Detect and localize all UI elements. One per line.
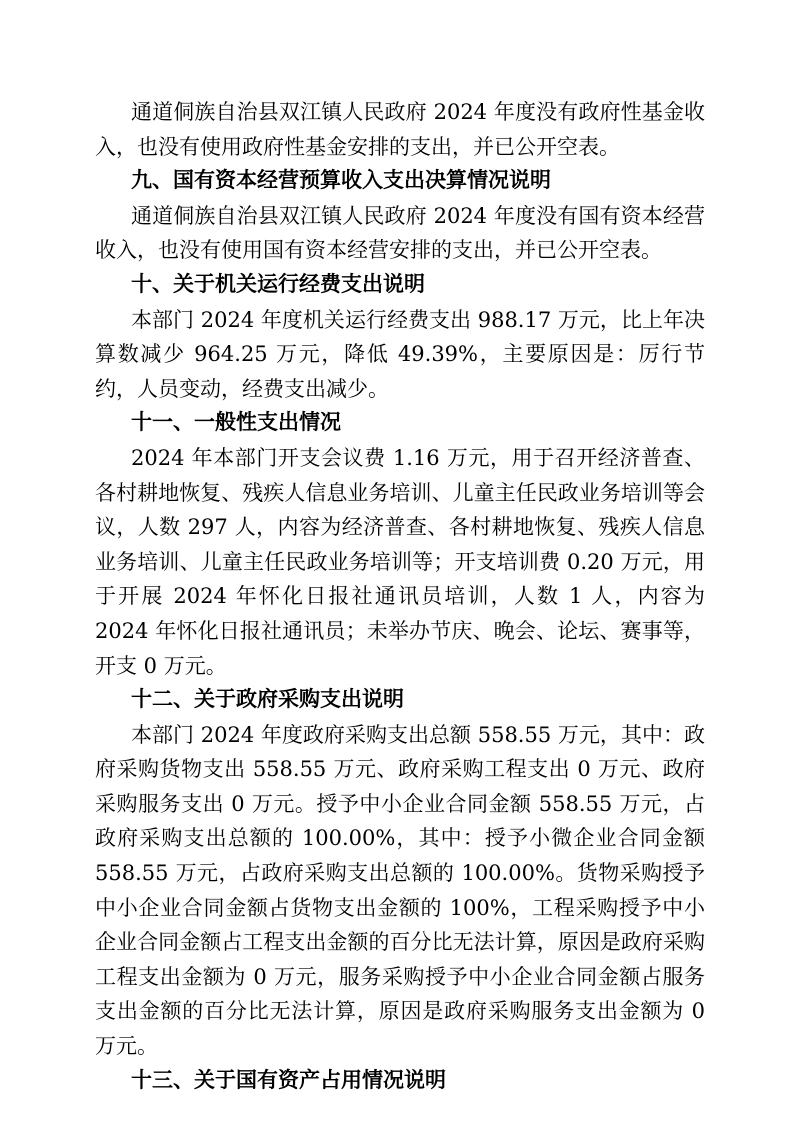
paragraph-gov-fund-budget: 通道侗族自治县双江镇人民政府 2024 年度没有政府性基金收入，也没有使用政府性… — [95, 95, 705, 164]
section-heading-11-general-expenditure: 十一、一般性支出情况 — [95, 406, 705, 441]
paragraph-state-capital: 通道侗族自治县双江镇人民政府 2024 年度没有国有资本经营收入，也没有使用国有… — [95, 199, 705, 268]
paragraph-operating-expense: 本部门 2024 年度机关运行经费支出 988.17 万元，比上年决算数减少 9… — [95, 303, 705, 407]
paragraph-procurement: 本部门 2024 年度政府采购支出总额 558.55 万元，其中：政府采购货物支… — [95, 718, 705, 1064]
document-page: 通道侗族自治县双江镇人民政府 2024 年度没有政府性基金收入，也没有使用政府性… — [0, 0, 793, 1122]
document-content: 通道侗族自治县双江镇人民政府 2024 年度没有政府性基金收入，也没有使用政府性… — [95, 95, 705, 1098]
section-heading-13-state-assets: 十三、关于国有资产占用情况说明 — [95, 1064, 705, 1099]
section-heading-9-state-capital: 九、国有资本经营预算收入支出决算情况说明 — [95, 164, 705, 199]
section-heading-10-operating-expense: 十、关于机关运行经费支出说明 — [95, 268, 705, 303]
paragraph-general-expenditure: 2024 年本部门开支会议费 1.16 万元，用于召开经济普查、各村耕地恢复、残… — [95, 441, 705, 683]
section-heading-12-procurement: 十二、关于政府采购支出说明 — [95, 683, 705, 718]
